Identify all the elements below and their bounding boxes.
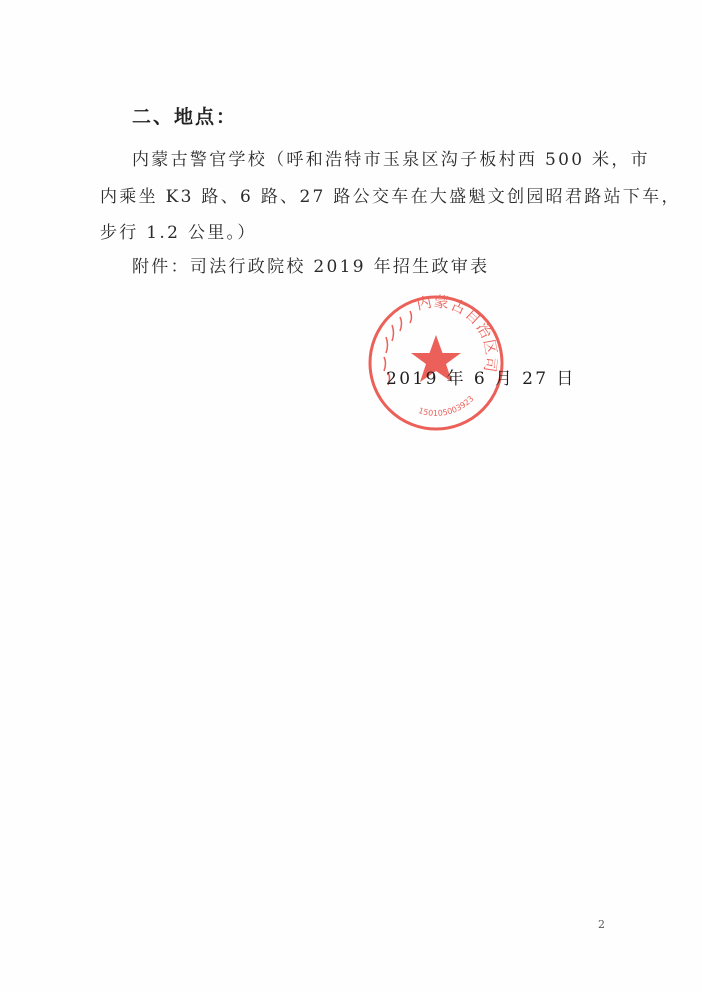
attachment-line: 附件：司法行政院校 2019 年招生政审表 (132, 252, 622, 277)
page-number: 2 (598, 918, 605, 931)
official-seal-icon: 内蒙古自治区司法厅 150105003923 1 (366, 293, 506, 433)
document-date: 2019 年 6 月 27 日 (386, 364, 576, 389)
location-paragraph-line-2: 内乘坐 K3 路、6 路、27 路公交车在大盛魁文创园昭君路站下车， (100, 182, 590, 207)
document-page: 二、地点： 内蒙古警官学校（呼和浩特市玉泉区沟子板村西 500 米，市 内乘坐 … (0, 0, 702, 993)
location-paragraph-line-3: 步行 1.2 公里。） (100, 218, 590, 243)
location-paragraph-line-1: 内蒙古警官学校（呼和浩特市玉泉区沟子板村西 500 米，市 (132, 145, 622, 170)
section-heading: 二、地点： (132, 102, 237, 129)
